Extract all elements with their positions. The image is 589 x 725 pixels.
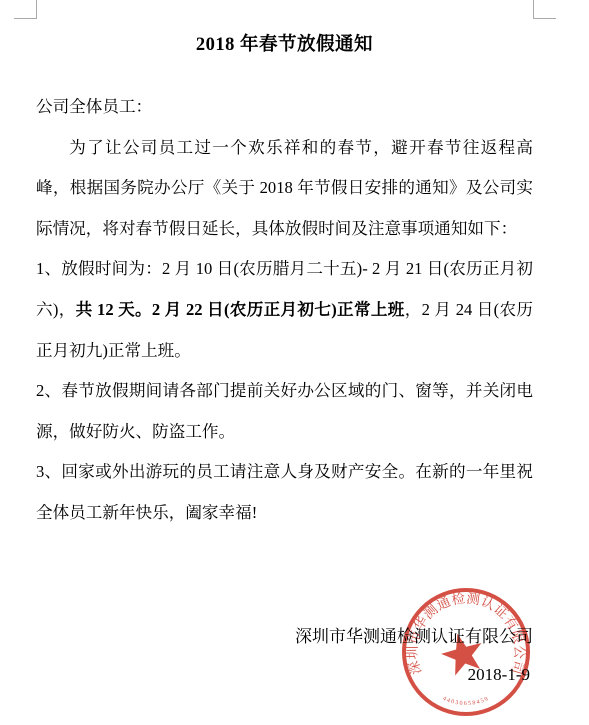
paragraph-run: 3、回家或外出游玩的员工请注意人身及财产安全。在新的一年里祝全体员工新年快乐，阖… — [36, 462, 533, 522]
paragraph-run: 为了让公司员工过一个欢乐祥和的春节，避开春节往返程高峰，根据国务院办公厅《关于 … — [36, 138, 533, 238]
signature-company: 深圳市华测通检测认证有限公司 — [36, 626, 533, 648]
salutation-line: 公司全体员工： — [36, 87, 533, 128]
seal-serial-number: 44030658459 — [442, 696, 491, 707]
margin-crop-mark-left — [14, 0, 37, 19]
company-seal-stamp: 深圳市华测通检测认证有限公司 44030658459 — [399, 585, 532, 718]
paragraph: 为了让公司员工过一个欢乐祥和的春节，避开春节往返程高峰，根据国务院办公厅《关于 … — [36, 128, 533, 250]
paragraph: 1、放假时间为：2 月 10 日(农历腊月二十五)- 2 月 21 日(农历正月… — [36, 249, 533, 371]
margin-crop-mark-right — [533, 0, 556, 19]
paragraph-run: 2、春节放假期间请各部门提前关好办公区域的门、窗等，并关闭电源，做好防火、防盗工… — [36, 381, 533, 441]
paragraph-run-bold: 共 12 天。2 月 22 日(农历正月初七)正常上班 — [76, 300, 405, 319]
signature-date: 2018-1-9 — [36, 664, 530, 686]
paragraph: 3、回家或外出游玩的员工请注意人身及财产安全。在新的一年里祝全体员工新年快乐，阖… — [36, 452, 533, 533]
document-body: 公司全体员工： 为了让公司员工过一个欢乐祥和的春节，避开春节往返程高峰，根据国务… — [36, 87, 533, 534]
seal-ring — [404, 590, 528, 714]
paragraph: 2、春节放假期间请各部门提前关好办公区域的门、窗等，并关闭电源，做好防火、防盗工… — [36, 371, 533, 452]
body-paragraphs: 为了让公司员工过一个欢乐祥和的春节，避开春节往返程高峰，根据国务院办公厅《关于 … — [36, 128, 533, 534]
page-title: 2018 年春节放假通知 — [36, 30, 533, 56]
document-page: 2018 年春节放假通知 公司全体员工： 为了让公司员工过一个欢乐祥和的春节，避… — [0, 0, 589, 725]
